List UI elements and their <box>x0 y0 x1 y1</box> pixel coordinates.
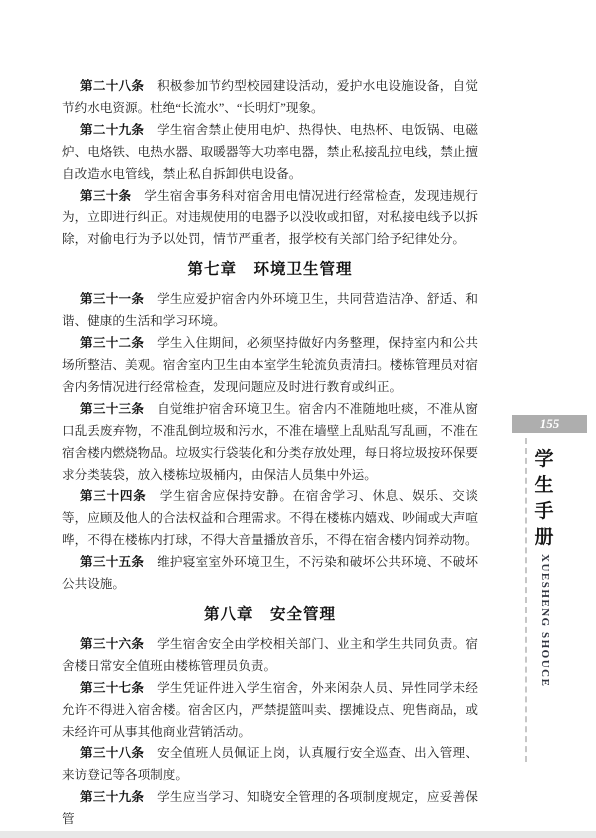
sidebar-title-pinyin: XUESHENG SHOUCE <box>539 554 551 687</box>
article-paragraph: 第三十一条 学生应爱护宿舍内外环境卫生，共同营造洁净、舒适、和谐、健康的生活和学… <box>62 289 478 333</box>
article-paragraph: 第三十条 学生宿舍事务科对宿舍用电情况进行经常检查，发现违规行为，立即进行纠正。… <box>62 186 478 252</box>
sidebar-title-chinese: 学生手册 <box>532 447 556 551</box>
article-paragraph: 第三十七条 学生凭证件进入学生宿舍，外来闲杂人员、异性同学未经允许不得进入宿舍楼… <box>62 678 478 744</box>
article-paragraph: 第三十二条 学生入住期间，必须坚持做好内务整理，保持室内和公共场所整洁、美观。宿… <box>62 333 478 399</box>
article-number-label: 第三十三条 <box>80 402 144 416</box>
article-paragraph: 第二十八条 积极参加节约型校园建设活动，爱护水电设施设备，自觉节约水电资源。杜绝… <box>62 76 478 120</box>
sidebar-dashed-rule <box>525 438 527 762</box>
chapter-heading: 第八章 安全管理 <box>62 604 478 626</box>
article-number-label: 第三十九条 <box>80 790 144 804</box>
article-paragraph: 第二十九条 学生宿舍禁止使用电炉、热得快、电热杯、电饭锅、电磁炉、电烙铁、电热水… <box>62 120 478 186</box>
article-number-label: 第三十六条 <box>80 637 144 651</box>
sidebar-title-char: 手 <box>532 499 556 525</box>
document-body: 第二十八条 积极参加节约型校园建设活动，爱护水电设施设备，自觉节约水电资源。杜绝… <box>62 76 478 831</box>
sidebar-title-char: 册 <box>532 525 556 551</box>
article-paragraph: 第三十九条 学生应当学习、知晓安全管理的各项制度规定，应妥善保管 <box>62 787 478 831</box>
article-paragraph: 第三十六条 学生宿舍安全由学校相关部门、业主和学生共同负责。宿舍楼日常安全值班由… <box>62 634 478 678</box>
article-number-label: 第三十一条 <box>80 292 144 306</box>
handbook-page: 第二十八条 积极参加节约型校园建设活动，爱护水电设施设备，自觉节约水电资源。杜绝… <box>0 0 596 838</box>
article-number-label: 第三十五条 <box>80 555 144 569</box>
article-number-label: 第三十条 <box>80 189 131 203</box>
article-number-label: 第三十四条 <box>80 489 146 503</box>
article-number-label: 第三十七条 <box>80 681 144 695</box>
page-bottom-edge <box>0 831 596 838</box>
article-paragraph: 第三十五条 维护寝室室外环境卫生，不污染和破坏公共环境、不破坏公共设施。 <box>62 552 478 596</box>
article-paragraph: 第三十八条 安全值班人员佩证上岗，认真履行安全巡查、出入管理、来访登记等各项制度… <box>62 743 478 787</box>
sidebar-title-char: 生 <box>532 473 556 499</box>
article-number-label: 第二十九条 <box>80 123 144 137</box>
sidebar-title-char: 学 <box>532 447 556 473</box>
article-number-label: 第三十二条 <box>80 336 144 350</box>
page-number-badge: 155 <box>512 415 587 433</box>
article-number-label: 第二十八条 <box>80 79 144 93</box>
article-paragraph: 第三十四条 学生宿舍应保持安静。在宿舍学习、休息、娱乐、交谈等，应顾及他人的合法… <box>62 486 478 552</box>
chapter-heading: 第七章 环境卫生管理 <box>62 259 478 281</box>
article-number-label: 第三十八条 <box>80 746 144 760</box>
article-paragraph: 第三十三条 自觉维护宿舍环境卫生。宿舍内不准随地吐痰，不准从窗口乱丢废弃物，不准… <box>62 399 478 487</box>
